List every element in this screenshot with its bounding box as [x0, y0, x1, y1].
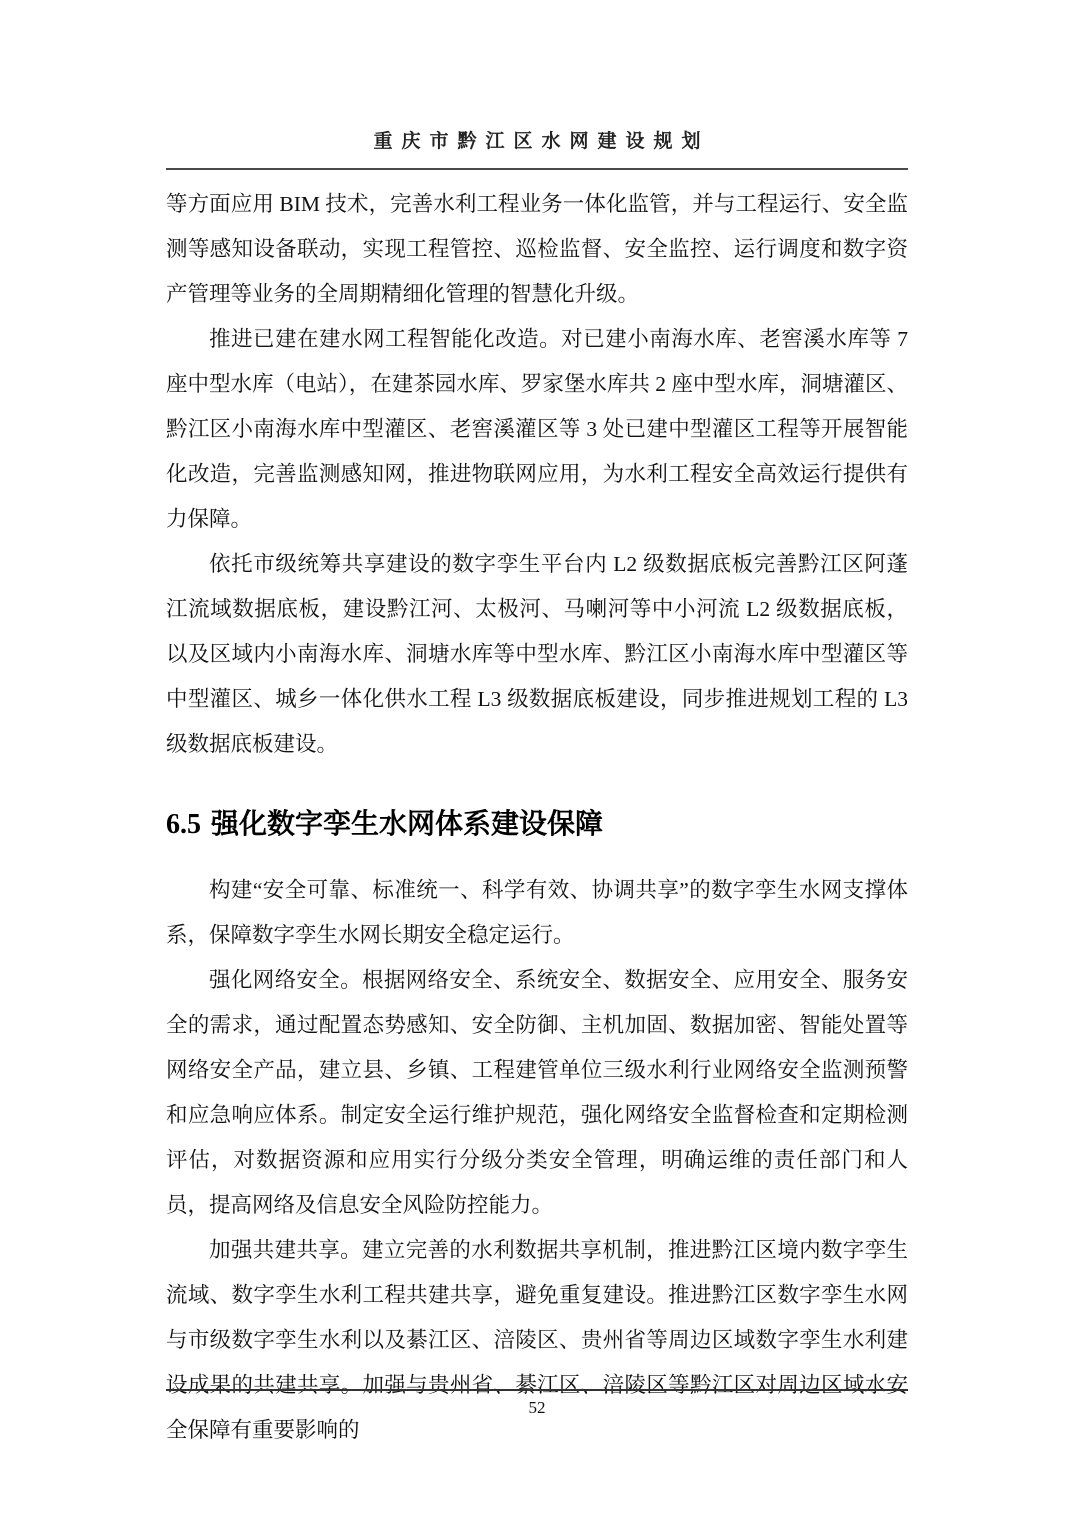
paragraph-shared-construction: 加强共建共享。建立完善的水利数据共享机制，推进黔江区境内数字孪生流域、数字孪生水… — [166, 1228, 908, 1453]
document-body: 等方面应用 BIM 技术，完善水利工程业务一体化监管，并与工程运行、安全监测等感… — [166, 182, 908, 1453]
paragraph-smart-upgrade: 推进已建在建水网工程智能化改造。对已建小南海水库、老窖溪水库等 7 座中型水库（… — [166, 317, 908, 542]
document-page: 重庆市黔江区水网建设规划 等方面应用 BIM 技术，完善水利工程业务一体化监管，… — [0, 0, 1074, 1520]
paragraph-support-system: 构建“安全可靠、标准统一、科学有效、协调共享”的数字孪生水网支撑体系，保障数字孪… — [166, 868, 908, 958]
paragraph-network-security: 强化网络安全。根据网络安全、系统安全、数据安全、应用安全、服务安全的需求，通过配… — [166, 958, 908, 1228]
document-title: 重庆市黔江区水网建设规划 — [166, 128, 908, 156]
section-heading: 6.5强化数字孪生水网体系建设保障 — [166, 803, 908, 846]
paragraph-data-base: 依托市级统筹共享建设的数字孪生平台内 L2 级数据底板完善黔江区阿蓬江流域数据底… — [166, 542, 908, 767]
page-footer: 52 — [166, 1389, 908, 1419]
page-number: 52 — [166, 1391, 908, 1419]
section-heading-title: 强化数字孪生水网体系建设保障 — [211, 808, 603, 839]
page-header: 重庆市黔江区水网建设规划 — [166, 128, 908, 170]
section-heading-number: 6.5 — [166, 809, 201, 840]
paragraph-bim-continuation: 等方面应用 BIM 技术，完善水利工程业务一体化监管，并与工程运行、安全监测等感… — [166, 182, 908, 317]
